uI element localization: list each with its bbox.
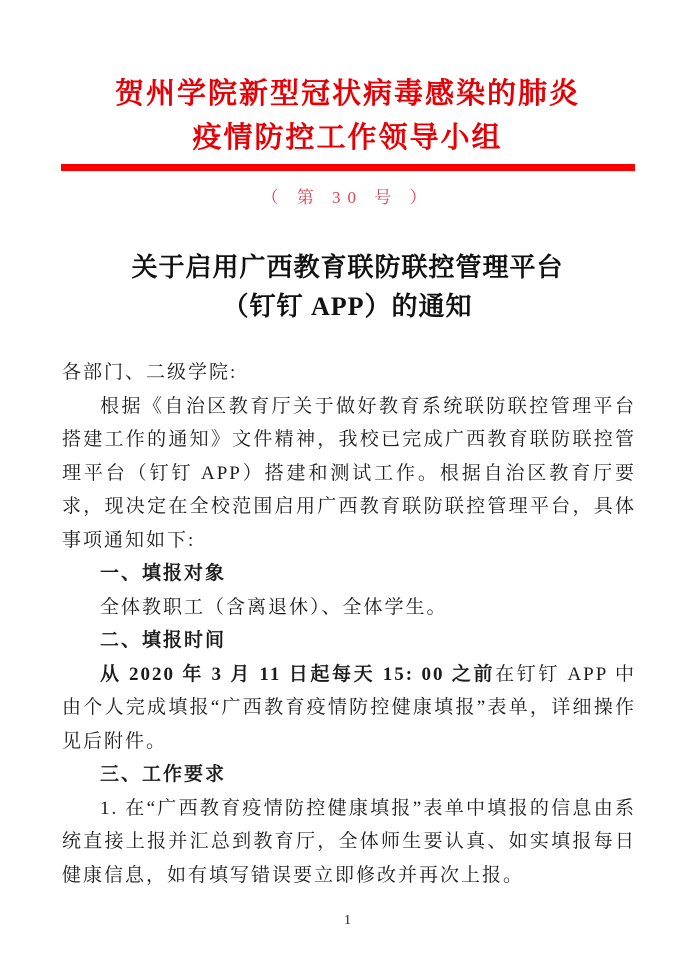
document-title-line2: （钉钉 APP）的通知 (0, 287, 695, 326)
document-page: 贺州学院新型冠状病毒感染的肺炎 疫情防控工作领导小组 （ 第 30 号 ） 关于… (0, 0, 695, 955)
document-red-header: 贺州学院新型冠状病毒感染的肺炎 疫情防控工作领导小组 (0, 0, 695, 160)
section-heading-2: 二、填报时间 (62, 624, 636, 658)
org-title-line1: 贺州学院新型冠状病毒感染的肺炎 (0, 72, 695, 116)
document-title-line1: 关于启用广西教育联防联控管理平台 (0, 248, 695, 287)
section-heading-1: 一、填报对象 (62, 557, 636, 591)
org-title-line2: 疫情防控工作领导小组 (0, 116, 695, 160)
page-number: 1 (0, 913, 695, 929)
paragraph-intro: 根据《自治区教育厅关于做好教育系统联防联控管理平台搭建工作的通知》文件精神，我校… (62, 390, 636, 558)
paragraph-fill-targets: 全体教职工（含离退休）、全体学生。 (62, 591, 636, 625)
document-title: 关于启用广西教育联防联控管理平台 （钉钉 APP）的通知 (0, 248, 695, 326)
deadline-emphasis: 从 2020 年 3 月 11 日起每天 15: 00 之前 (100, 664, 495, 685)
paragraph-fill-time: 从 2020 年 3 月 11 日起每天 15: 00 之前在钉钉 APP 中由… (62, 658, 636, 759)
document-number: （ 第 30 号 ） (0, 186, 695, 210)
header-divider-rule (61, 164, 635, 171)
section-heading-3: 三、工作要求 (62, 758, 636, 792)
document-body: 各部门、二级学院: 根据《自治区教育厅关于做好教育系统联防联控管理平台搭建工作的… (62, 356, 636, 892)
paragraph-requirement-1: 1. 在“广西教育疫情防控健康填报”表单中填报的信息由系统直接上报并汇总到教育厅… (62, 792, 636, 893)
salutation: 各部门、二级学院: (62, 356, 636, 390)
